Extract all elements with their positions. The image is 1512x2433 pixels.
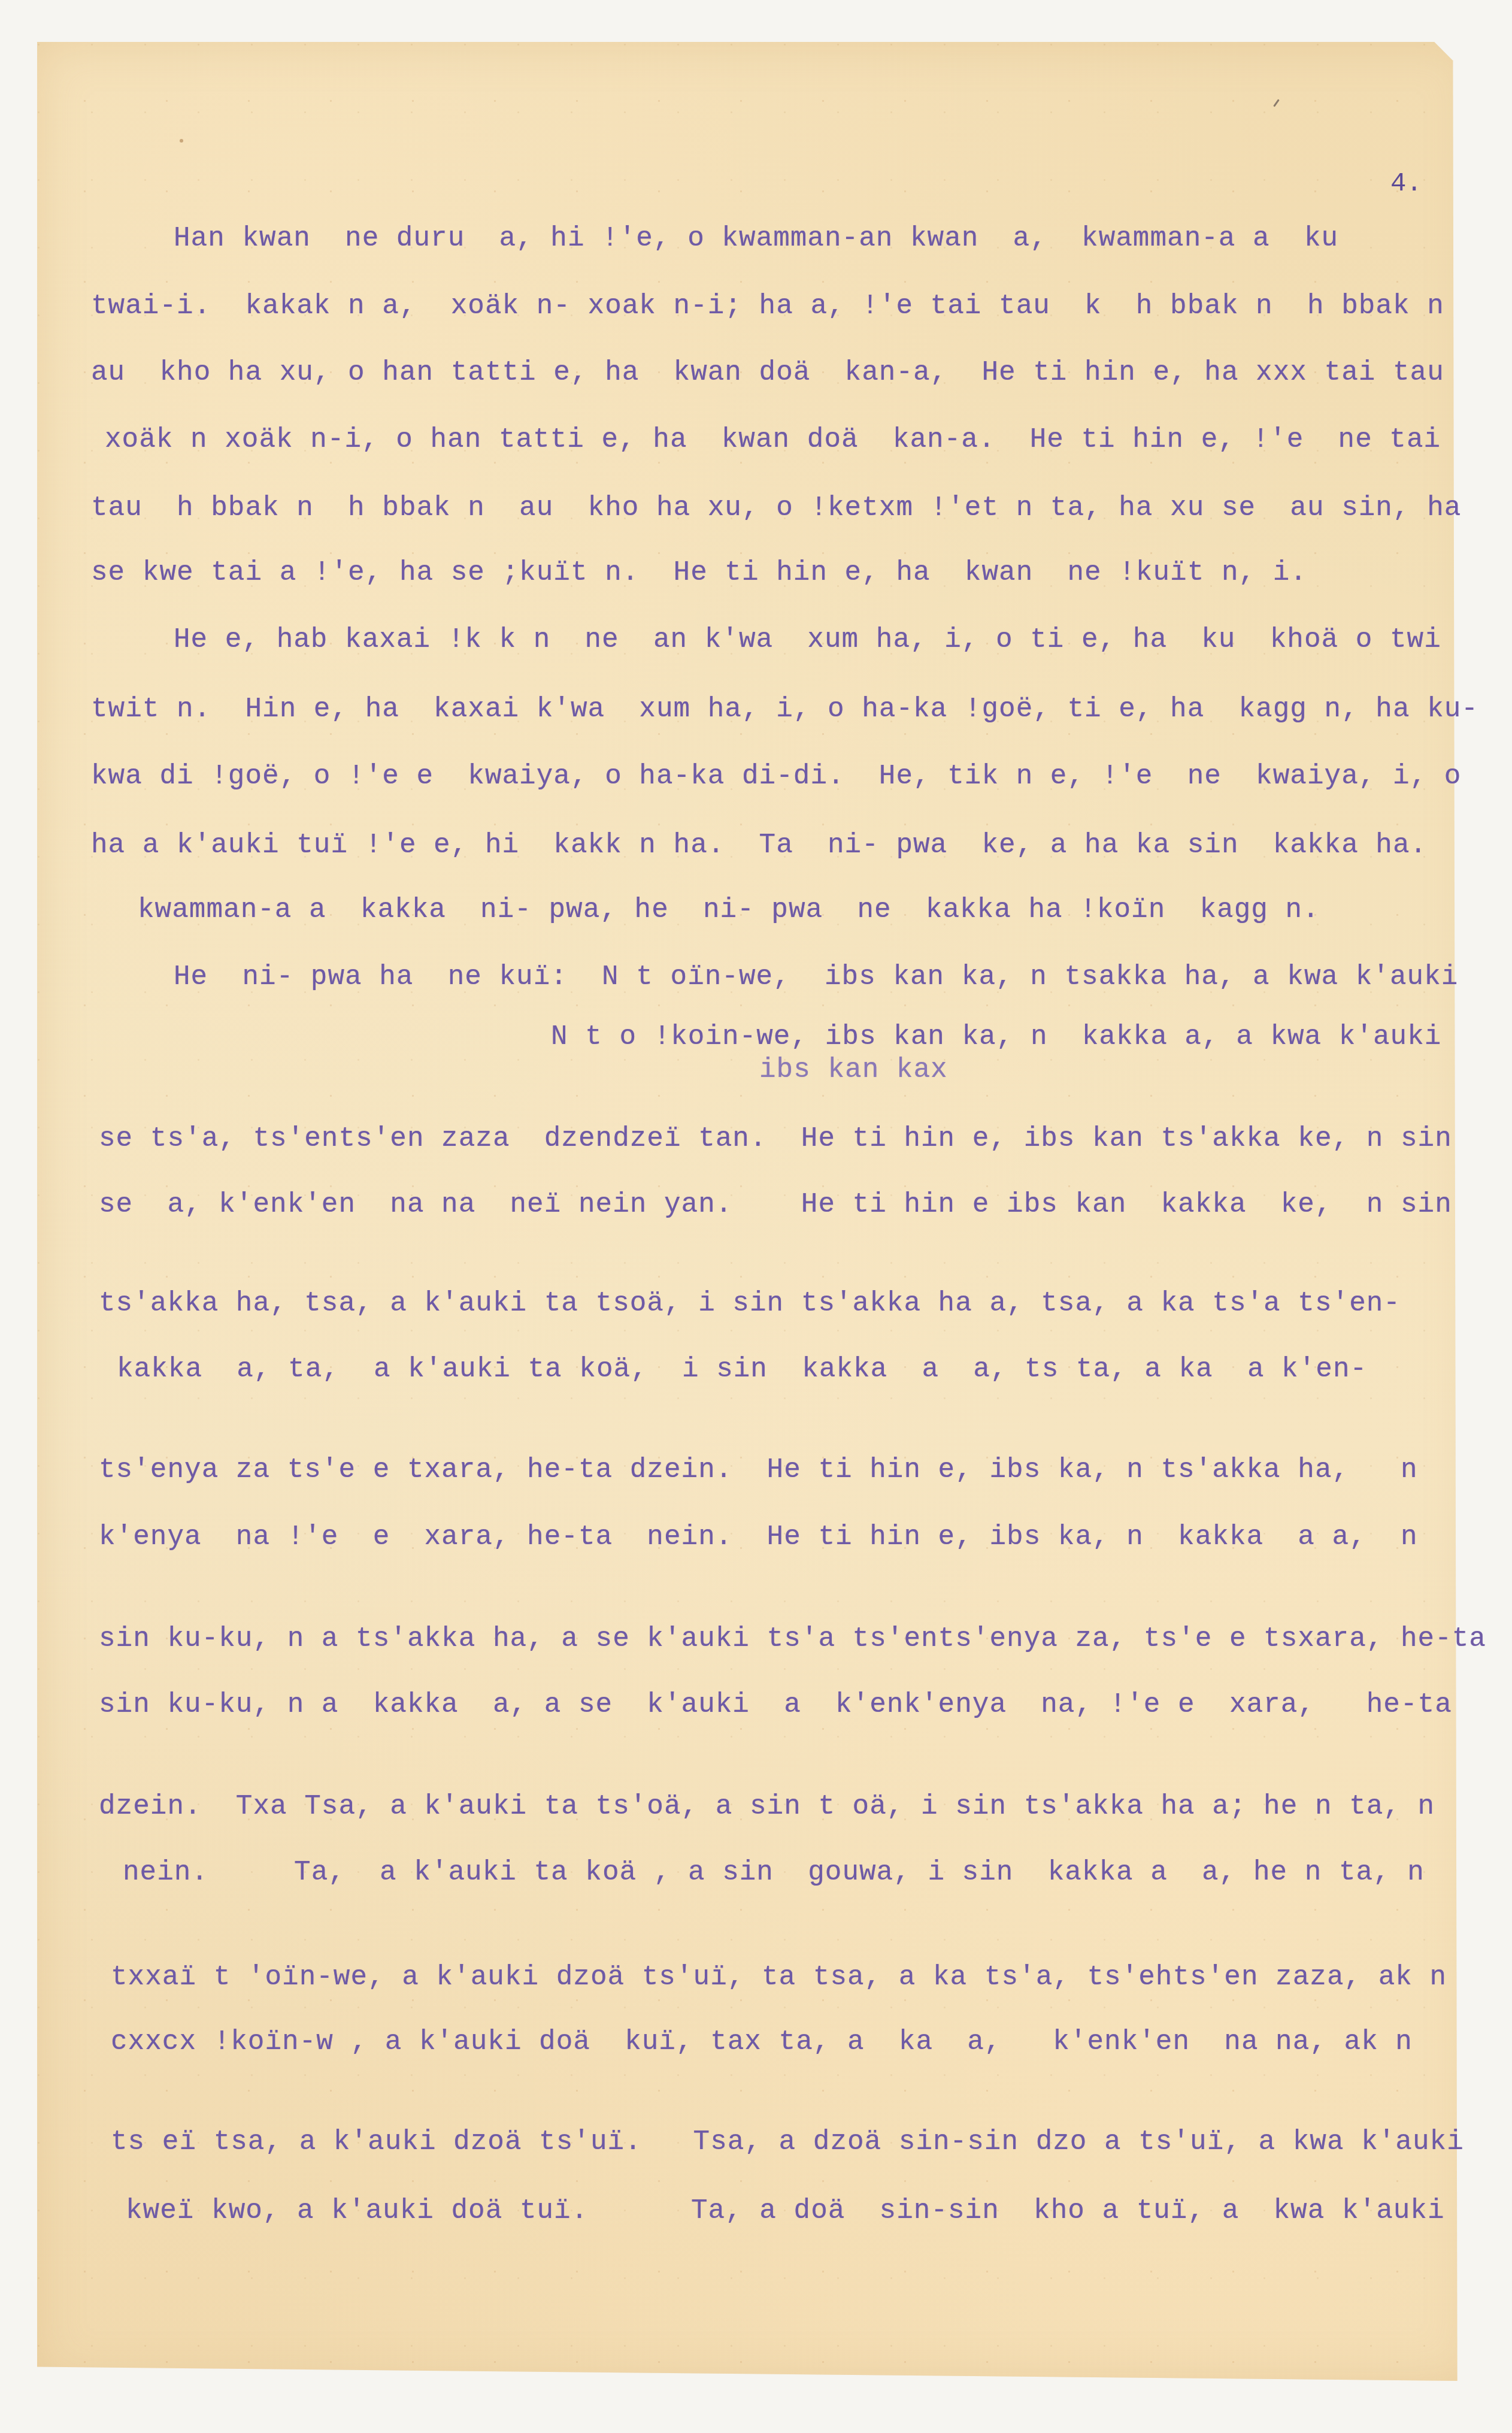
text-line: twit n. Hin e, ha kaxai k'wa xum ha, i, … xyxy=(91,694,1478,725)
text-line: He ni- pwa ha ne kuï: N t oïn-we, ibs ka… xyxy=(174,961,1458,992)
text-line: kakka a, ta, a k'auki ta koä, i sin kakk… xyxy=(117,1354,1367,1385)
text-line: twai-i. kakak n a, xoäk n- xoak n-i; ha … xyxy=(91,290,1444,322)
text-line: tau h bbak n h bbak n au kho ha xu, o !k… xyxy=(91,492,1461,523)
text-line-interlinear: N t o !koin-we, ibs kan ka, n kakka a, a… xyxy=(551,1021,1441,1052)
page-number: 4. xyxy=(1390,169,1422,199)
text-line: dzein. Txa Tsa, a k'auki ta ts'oä, a sin… xyxy=(99,1791,1435,1822)
text-line: kweï kwo, a k'auki doä tuï. Ta, a doä si… xyxy=(126,2195,1445,2226)
text-line: se a, k'enk'en na na neï nein yan. He ti… xyxy=(99,1189,1452,1220)
text-line: sin ku-ku, n a ts'akka ha, a se k'auki t… xyxy=(99,1623,1486,1654)
text-line: ts'enya za ts'e e txara, he-ta dzein. He… xyxy=(99,1454,1418,1485)
text-line: sin ku-ku, n a kakka a, a se k'auki a k'… xyxy=(99,1689,1452,1720)
text-line: Han kwan ne duru a, hi !'e, o kwamman-an… xyxy=(174,223,1338,254)
text-line: txxaï t 'oïn-we, a k'auki dzoä ts'uï, ta… xyxy=(111,1962,1447,1993)
text-line: ts'akka ha, tsa, a k'auki ta tsoä, i sin… xyxy=(99,1288,1401,1319)
text-line: k'enya na !'e e xara, he-ta nein. He ti … xyxy=(99,1521,1418,1553)
text-line: cxxcx !koïn-w , a k'auki doä kuï, tax ta… xyxy=(111,2026,1413,2057)
paper-speck xyxy=(180,139,183,143)
text-line: ha a k'auki tuï !'e e, hi kakk n ha. Ta … xyxy=(91,830,1427,861)
text-line: au kho ha xu, o han tatti e, ha kwan doä… xyxy=(91,357,1444,388)
text-line: kwa di !goë, o !'e e kwaiya, o ha-ka di-… xyxy=(91,761,1461,792)
text-line-strikeover: ibs kan kax xyxy=(759,1054,948,1085)
text-line: se ts'a, ts'ents'en zaza dzendzeï tan. H… xyxy=(99,1123,1452,1154)
text-line: kwamman-a a kakka ni- pwa, he ni- pwa ne… xyxy=(138,894,1320,925)
text-line: se kwe tai a !'e, ha se ;kuït n. He ti h… xyxy=(91,557,1307,588)
text-line: xoäk n xoäk n-i, o han tatti e, ha kwan … xyxy=(105,424,1441,455)
text-line: nein. Ta, a k'auki ta koä , a sin gouwa,… xyxy=(123,1857,1425,1888)
text-line: ts eï tsa, a k'auki dzoä ts'uï. Tsa, a d… xyxy=(111,2126,1464,2157)
text-line: He e, hab kaxai !k k n ne an k'wa xum ha… xyxy=(174,624,1441,655)
